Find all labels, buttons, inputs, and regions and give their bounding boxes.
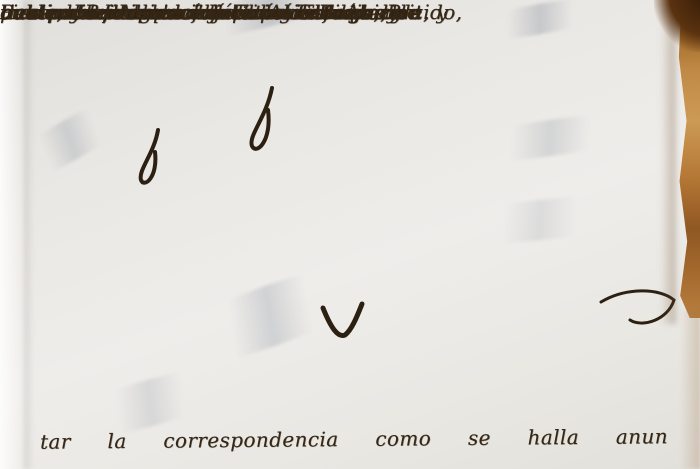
ink-show-through: [419, 102, 681, 174]
manuscript-line: tar la correspondencia como se halla anu…: [40, 424, 668, 453]
page-right-edge: [680, 310, 700, 469]
manuscript-line: tres palmadas se adjudicó á Eulogio Pra: [0, 0, 423, 24]
binding-dark-corner: [654, 0, 700, 52]
page-left-crease: [24, 0, 34, 469]
ink-flourish: [240, 84, 282, 156]
ink-flourish: [128, 128, 168, 190]
ink-show-through: [419, 188, 662, 253]
manuscript-photo: tar la correspondencia como se halla anu…: [0, 0, 700, 469]
ink-show-through: [138, 243, 403, 388]
page-left-highlight: [0, 0, 26, 469]
